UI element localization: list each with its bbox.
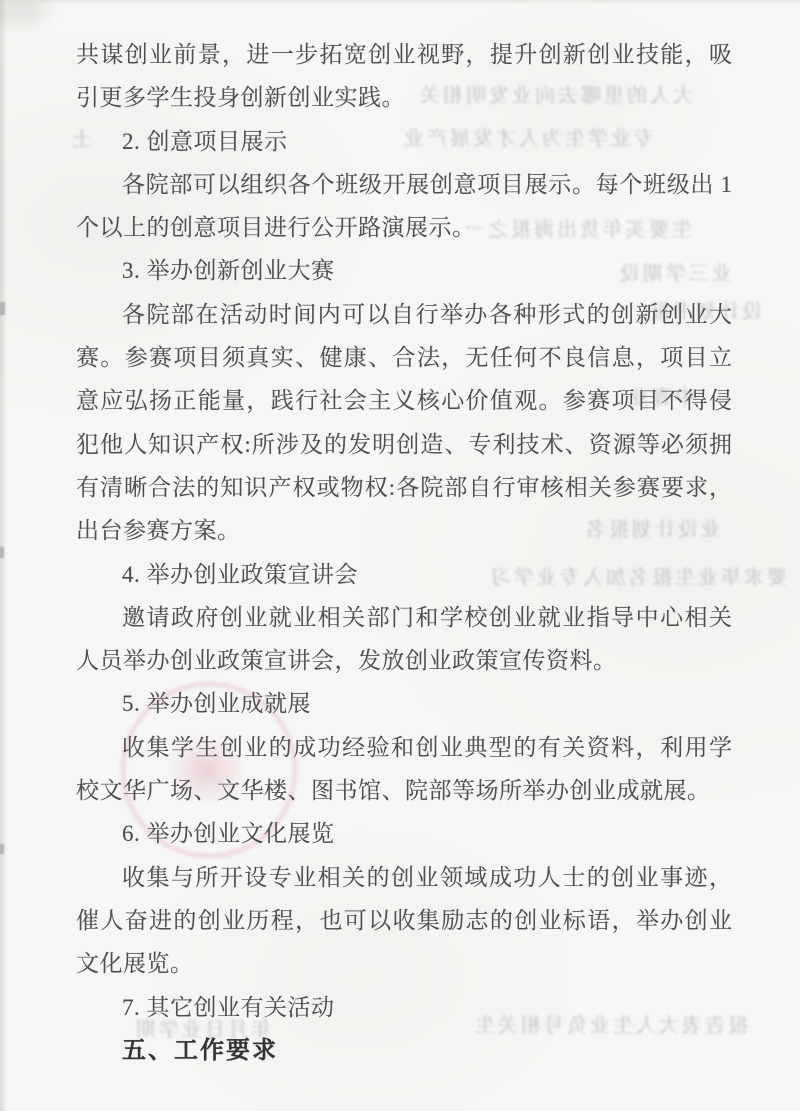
text-line: 3. 举办创新创业大赛 (76, 249, 732, 292)
text-line: 催人奋进的创业历程，也可以收集励志的创业标语，举办创业 (76, 899, 732, 942)
text-line: 有清晰合法的知识产权或物权:各院部自行审核相关参赛要求， (76, 466, 732, 509)
text-line: 4. 举办创业政策宣讲会 (76, 553, 732, 596)
scan-edge-speck (0, 844, 4, 854)
text-line: 出台参赛方案。 (76, 509, 732, 552)
scan-top-edge-shadow (0, 0, 800, 5)
text-line: 各院部可以组织各个班级开展创意项目展示。每个班级出 1 (76, 163, 732, 206)
text-line: 校文华广场、文华楼、图书馆、院部等场所举办创业成就展。 (76, 769, 732, 812)
text-line: 意应弘扬正能量，践行社会主义核心价值观。参赛项目不得侵 (76, 379, 732, 422)
document-lines: 共谋创业前景，进一步拓宽创业视野，提升创新创业技能，吸引更多学生投身创新创业实践… (76, 33, 732, 1072)
text-line: 6. 举办创业文化展览 (76, 812, 732, 855)
scan-edge-speck (0, 302, 5, 315)
text-line: 各院部在活动时间内可以自行举办各种形式的创新创业大 (76, 293, 732, 336)
text-line: 人员举办创业政策宣讲会，发放创业政策宣传资料。 (76, 639, 732, 682)
text-line: 个以上的创意项目进行公开路演展示。 (76, 206, 732, 249)
text-line: 邀请政府创业就业相关部门和学校创业就业指导中心相关 (76, 596, 732, 639)
scanned-document-page: 大人的里哪去向业发明相关土专业学生为人才发展产业生要买年货出海报之一业三学期设设… (0, 0, 800, 1111)
text-line: 2. 创意项目展示 (76, 120, 732, 163)
text-line: 5. 举办创业成就展 (76, 682, 732, 725)
text-line: 犯他人知识产权:所涉及的发明创造、专利技术、资源等必须拥 (76, 423, 732, 466)
text-line: 7. 其它创业有关活动 (76, 986, 732, 1029)
section-heading: 五、工作要求 (76, 1029, 732, 1072)
scan-edge-speck (0, 547, 4, 558)
text-line: 赛。参赛项目须真实、健康、合法，无任何不良信息，项目立 (76, 336, 732, 379)
text-line: 共谋创业前景，进一步拓宽创业视野，提升创新创业技能，吸 (76, 33, 732, 76)
text-line: 文化展览。 (76, 942, 732, 985)
text-line: 收集学生创业的成功经验和创业典型的有关资料，利用学 (76, 726, 732, 769)
text-line: 引更多学生投身创新创业实践。 (76, 76, 732, 119)
text-line: 收集与所开设专业相关的创业领域成功人士的创业事迹， (76, 856, 732, 899)
